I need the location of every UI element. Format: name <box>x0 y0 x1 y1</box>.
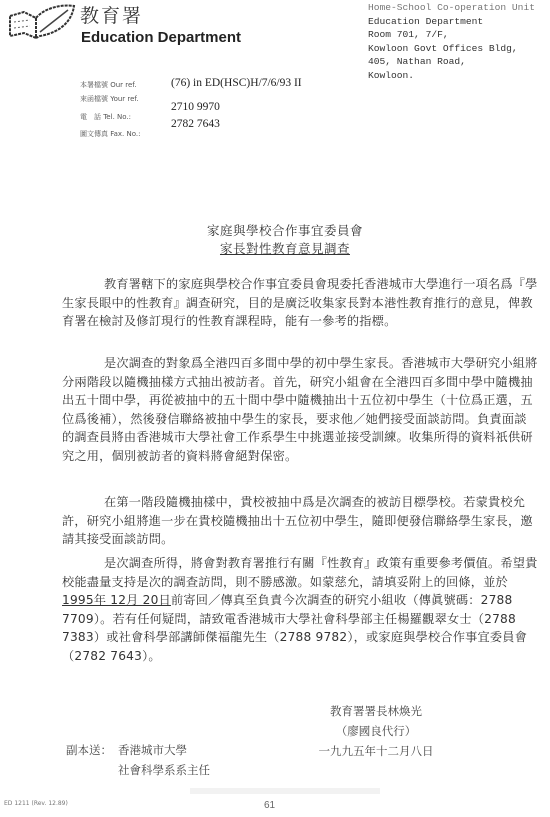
fax-number: 2782 7643 <box>171 118 220 130</box>
tel-number: 2710 9970 <box>171 101 220 113</box>
paragraph-3-text: 在第一階段隨機抽樣中，貴校被抽中爲是次調查的被訪目標學校。若蒙貴校允許，研究小組… <box>62 495 533 546</box>
cc-recipient-title: 社會科學系系主任 <box>118 762 210 778</box>
address-line: Room 701, 7/F, <box>368 29 449 40</box>
department-name-chinese: 教育署 <box>80 5 143 27</box>
survey-title: 家長對性教育意見調查 <box>10 239 550 257</box>
form-number: ED 1211 (Rev. 12.89) <box>4 800 68 807</box>
scan-artifact <box>190 788 380 794</box>
department-name-english: Education Department <box>81 29 241 47</box>
paragraph-4-text-before: 是次調查所得，將會對教育署推行有關『性教育』政策有重要參考價值。希望貴校能盡量支… <box>62 556 538 589</box>
reference-number: (76) in ED(HSC)H/7/6/93 II <box>171 77 302 89</box>
signatory-name: 教育署署長林煥光 <box>276 703 476 719</box>
address-line: Home-School Co-operation Unit <box>368 2 535 13</box>
cc-label: 副本送： <box>66 742 112 758</box>
paragraph-1: 教育署轄下的家庭與學校合作事宜委員會現委托香港城市大學進行一項名爲『學生家長眼中… <box>62 275 538 331</box>
open-book-logo-icon <box>6 2 76 42</box>
address-line: 405, Nathan Road, <box>368 56 466 67</box>
page-number: 61 <box>264 800 275 811</box>
paragraph-2-text: 是次調查的對象爲全港四百多間中學的初中學生家長。香港城市大學研究小組將分兩階段以… <box>62 356 538 463</box>
your-ref-label: 來函檔號 Your ref. <box>80 94 154 104</box>
fax-label: 圖文傳真 Fax. No.: <box>80 129 154 139</box>
cc-recipient-institution: 香港城市大學 <box>118 742 187 758</box>
survey-title-text: 家長對性教育意見調查 <box>220 241 350 256</box>
address-line: Education Department <box>368 16 483 27</box>
letter-date: 一九九五年十二月八日 <box>276 743 476 759</box>
reply-deadline: 1995年 12月 20日 <box>62 593 171 607</box>
address-line: Kowloon Govt Offices Bldg, <box>368 43 518 54</box>
paragraph-4: 是次調查所得，將會對教育署推行有關『性教育』政策有重要參考價值。希望貴校能盡量支… <box>62 554 538 666</box>
return-address: Home-School Co-operation Unit Education … <box>368 1 535 82</box>
address-line: Kowloon. <box>368 70 414 81</box>
paragraph-1-text: 教育署轄下的家庭與學校合作事宜委員會現委托香港城市大學進行一項名爲『學生家長眼中… <box>62 277 538 328</box>
committee-title: 家庭與學校合作事宜委員會 <box>10 221 550 239</box>
signatory-delegate: （廖國良代行） <box>276 723 476 739</box>
paragraph-3: 在第一階段隨機抽樣中，貴校被抽中爲是次調查的被訪目標學校。若蒙貴校允許，研究小組… <box>62 493 538 549</box>
paragraph-2: 是次調查的對象爲全港四百多間中學的初中學生家長。香港城市大學研究小組將分兩階段以… <box>62 354 538 466</box>
